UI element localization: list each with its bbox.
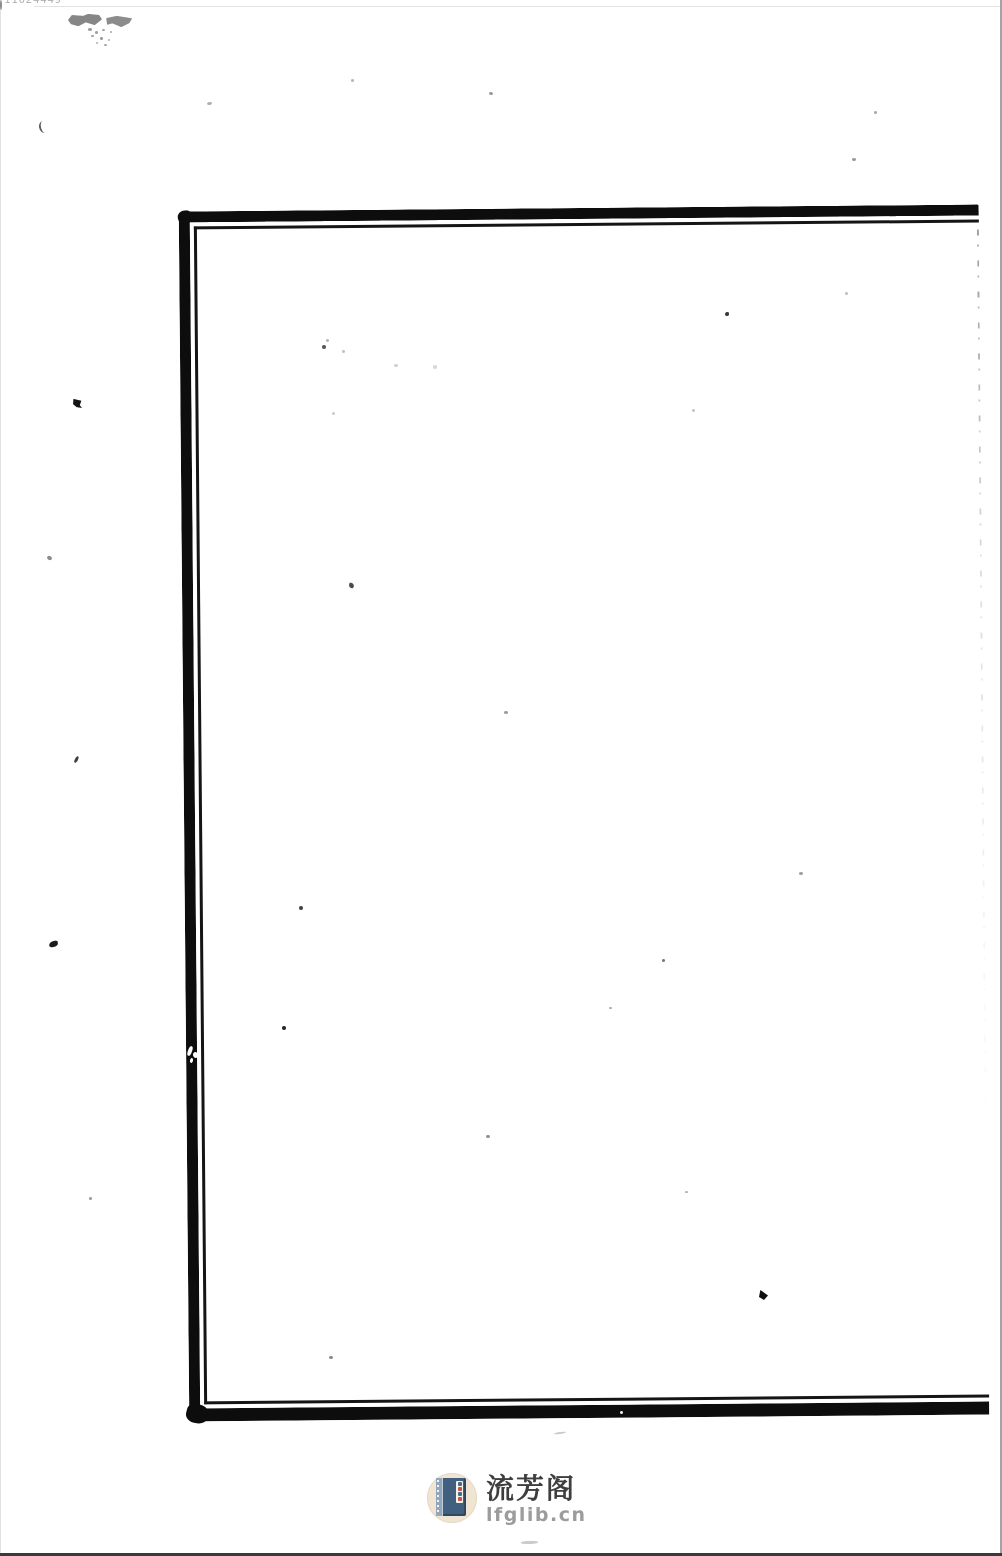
page-frame-inner-rule xyxy=(194,220,989,1405)
book-spine-stitching xyxy=(436,1478,443,1516)
scan-id-text: 11024449 xyxy=(4,0,94,6)
dust-speck xyxy=(207,102,212,106)
dust-speck xyxy=(100,37,103,40)
dust-speck xyxy=(554,1431,566,1435)
dust-speck xyxy=(68,13,102,26)
scanned-page: { "page": { "corner_code": "11024449", "… xyxy=(0,0,1002,1556)
book-title-label xyxy=(456,1481,463,1503)
watermark-site-name: 流芳阁 xyxy=(486,1474,590,1504)
watermark-text: 流芳阁 lfglib.cn xyxy=(486,1474,590,1525)
dust-speck xyxy=(96,42,98,44)
watermark-lfglib: 流芳阁 lfglib.cn xyxy=(425,1470,590,1550)
dust-speck xyxy=(72,397,84,410)
dust-speck xyxy=(351,79,354,82)
dust-speck xyxy=(110,31,112,33)
scan-edge-top xyxy=(34,6,1002,7)
scan-id-code: 11024449 xyxy=(4,0,94,7)
dust-speck xyxy=(489,91,494,95)
dust-speck xyxy=(89,1197,92,1200)
dust-speck xyxy=(49,940,59,947)
book-cover xyxy=(436,1478,466,1516)
dust-speck xyxy=(74,756,80,764)
scratch-mark xyxy=(38,120,49,134)
dust-speck xyxy=(874,111,877,114)
dust-speck xyxy=(91,35,94,37)
book-icon xyxy=(427,1473,477,1523)
scan-edge-left xyxy=(0,0,1,1556)
dust-speck xyxy=(106,15,133,27)
dust-speck xyxy=(102,29,105,31)
watermark-site-url: lfglib.cn xyxy=(486,1505,590,1525)
dust-speck xyxy=(108,39,110,41)
dust-speck xyxy=(104,44,107,46)
page-frame-border xyxy=(179,205,990,1422)
dust-speck xyxy=(852,158,856,161)
dust-speck xyxy=(88,28,92,31)
dust-speck xyxy=(95,31,98,34)
dust-speck xyxy=(46,555,52,561)
